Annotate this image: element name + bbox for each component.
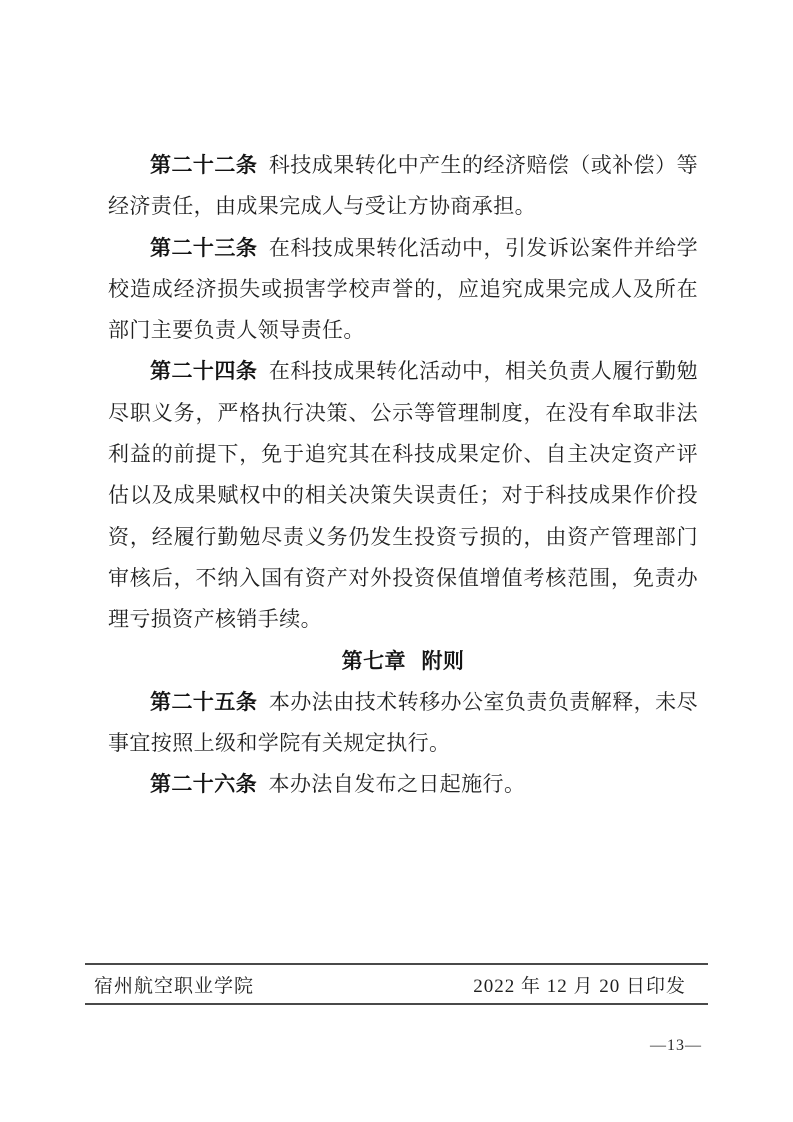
article-26-paragraph: 第二十六条本办法自发布之日起施行。: [108, 764, 698, 805]
article-22-number: 第二十二条: [150, 153, 257, 177]
footer-print-date: 2022 年 12 月 20 日印发: [473, 971, 686, 998]
chapter-heading: 第七章 附则: [108, 641, 698, 682]
article-23-number: 第二十三条: [150, 236, 257, 260]
article-25-paragraph: 第二十五条本办法由技术转移办公室负责负责解释，未尽事宜按照上级和学院有关规定执行…: [108, 682, 698, 765]
article-23-paragraph: 第二十三条在科技成果转化活动中，引发诉讼案件并给学校造成经济损失或损害学校声誉的…: [108, 228, 698, 352]
page-number: —13—: [650, 1037, 702, 1055]
article-24-number: 第二十四条: [150, 359, 257, 383]
article-24-text: 在科技成果转化活动中，相关负责人履行勤勉尽职义务，严格执行决策、公示等管理制度，…: [108, 359, 698, 631]
footer-issuer: 宿州航空职业学院: [94, 971, 254, 998]
article-22-paragraph: 第二十二条科技成果转化中产生的经济赔偿（或补偿）等经济责任，由成果完成人与受让方…: [108, 145, 698, 228]
article-26-number: 第二十六条: [150, 772, 257, 796]
document-body: 第二十二条科技成果转化中产生的经济赔偿（或补偿）等经济责任，由成果完成人与受让方…: [108, 145, 698, 806]
document-footer: 宿州航空职业学院 2022 年 12 月 20 日印发: [85, 963, 708, 1005]
article-25-number: 第二十五条: [150, 690, 257, 714]
document-page: 第二十二条科技成果转化中产生的经济赔偿（或补偿）等经济责任，由成果完成人与受让方…: [0, 0, 793, 1122]
article-26-text: 本办法自发布之日起施行。: [269, 772, 526, 796]
article-24-paragraph: 第二十四条在科技成果转化活动中，相关负责人履行勤勉尽职义务，严格执行决策、公示等…: [108, 351, 698, 640]
